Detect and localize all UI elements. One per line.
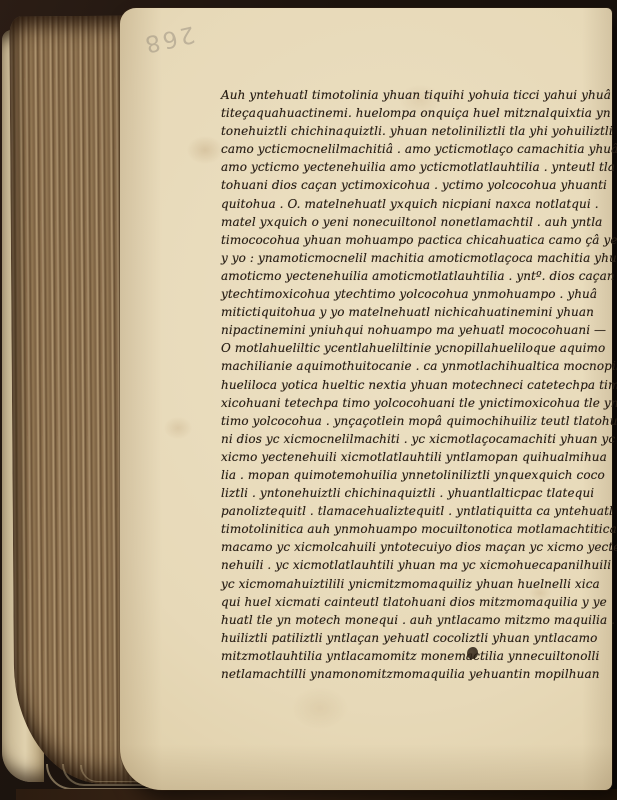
manuscript-line: huiliztli patiliztli yntlaçan yehuatl co… (221, 629, 607, 647)
manuscript-line: quitohua . O. matelnehuatl yxquich nicpi… (221, 195, 607, 213)
manuscript-line: tohuani dios caçan yctimoxicohua . yctim… (221, 176, 607, 194)
manuscript-photo: 268 Auh yntehuatl timotolinia yhuan tiqu… (0, 0, 617, 800)
ink-blot (467, 647, 478, 659)
manuscript-line: xicohuani tetechpa timo yolcocohuani tle… (221, 394, 607, 412)
manuscript-line: yc xicmomahuiztilili ynicmitzmomaquiliz … (221, 575, 607, 593)
manuscript-line: Auh yntehuatl timotolinia yhuan tiquihi … (221, 86, 607, 104)
manuscript-line: machilianie aquimothuitocanie . ca ynmot… (221, 357, 607, 375)
manuscript-line: nipactinemini yniuhqui nohuampo ma yehua… (221, 321, 607, 339)
book-cover-edge (16, 789, 617, 800)
manuscript-line: qui huel xicmati cainteutl tlatohuani di… (221, 593, 607, 611)
manuscript-line: timococohua yhuan mohuampo pactica chica… (221, 231, 607, 249)
manuscript-line: huatl tle yn motech monequi . auh yntlac… (221, 611, 607, 629)
manuscript-line: lia . mopan quimotemohuilia ynnetolinili… (221, 466, 607, 484)
manuscript-page: 268 Auh yntehuatl timotolinia yhuan tiqu… (120, 8, 612, 790)
manuscript-line: titeçaquahuactinemi. huelompa onquiça hu… (221, 104, 607, 122)
manuscript-line: amo ycticmo yectenehuilia amo ycticmotla… (221, 158, 607, 176)
manuscript-line: macamo yc xicmolcahuili yntotecuiyo dios… (221, 538, 607, 556)
manuscript-line: xicmo yectenehuili xicmotlatlauhtili ynt… (221, 448, 607, 466)
manuscript-line: hueliloca yotica hueltic nextia yhuan mo… (221, 376, 607, 394)
manuscript-line: nehuili . yc xicmotlatlauhtili yhuan ma … (221, 556, 607, 574)
manuscript-line: O motlahueliltic ycentlahueliltinie ycno… (221, 339, 607, 357)
manuscript-line: timotolinitica auh ynmohuampo mocuiltono… (221, 520, 607, 538)
manuscript-line: ni dios yc xicmocnelilmachiti . yc xicmo… (221, 430, 607, 448)
manuscript-line: timo yolcocohua . ynçaçotlein mopâ quimo… (221, 412, 607, 430)
manuscript-line: panoliztequitl . tlamacehualiztequitl . … (221, 502, 607, 520)
manuscript-line: tonehuiztli chichinaquiztli. yhuan netol… (221, 122, 607, 140)
manuscript-line: liztli . yntonehuiztli chichinaquiztli .… (221, 484, 607, 502)
manuscript-text-block: Auh yntehuatl timotolinia yhuan tiquihi … (221, 86, 607, 683)
manuscript-line: mitictiquitohua y yo matelnehuatl nichic… (221, 303, 607, 321)
manuscript-line: netlamachtilli ynamonomitzmomaquilia yeh… (221, 665, 607, 683)
pencil-folio-number: 268 (140, 20, 197, 57)
manuscript-line: mitzmotlauhtilia yntlacamomitz monemacti… (221, 647, 607, 665)
manuscript-line: matel yxquich o yeni nonecuiltonol nonet… (221, 213, 607, 231)
manuscript-line: camo ycticmocnelilmachitiâ . amo ycticmo… (221, 140, 607, 158)
manuscript-line: y yo : ynamoticmocnelil machitia amoticm… (221, 249, 607, 267)
manuscript-line: ytechtimoxicohua ytechtimo yolcocohua yn… (221, 285, 607, 303)
manuscript-line: amoticmo yectenehuilia amoticmotlatlauht… (221, 267, 607, 285)
